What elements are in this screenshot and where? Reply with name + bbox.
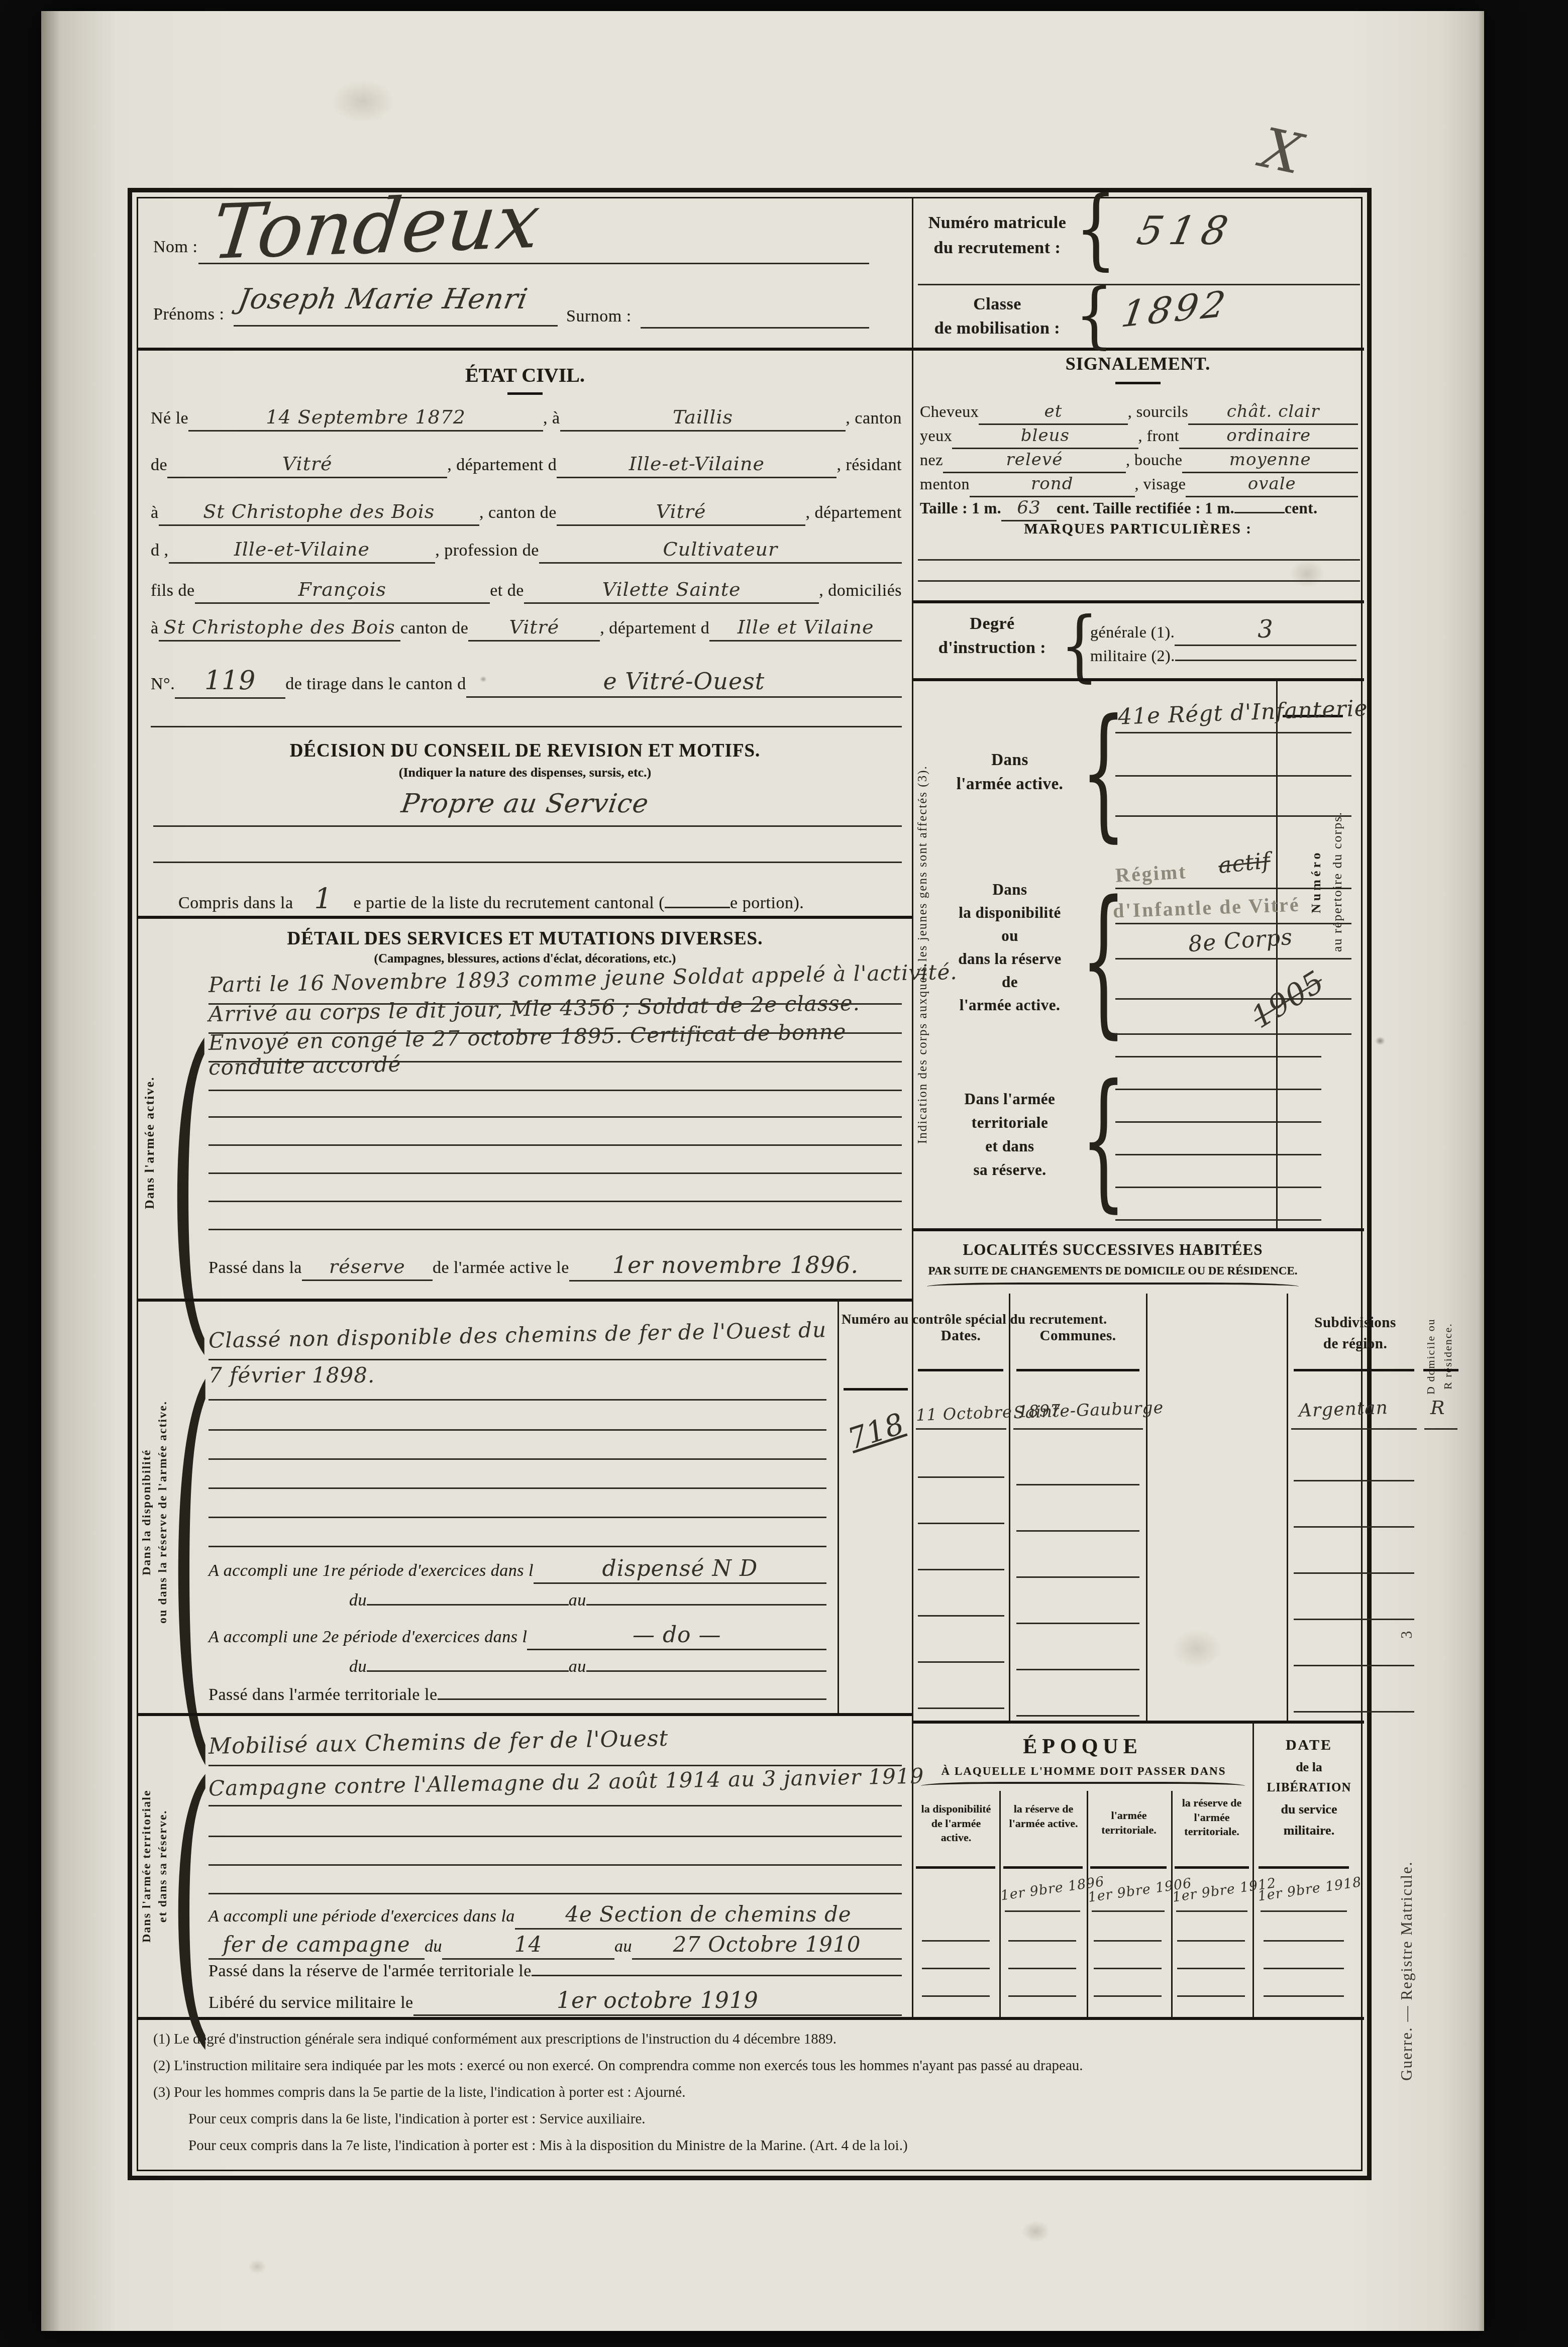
canton1-field: Vitré xyxy=(167,452,447,478)
taille-field: 63 xyxy=(1001,496,1057,521)
periode2-au-field xyxy=(586,1670,826,1672)
terr-corps-l2: territoriale xyxy=(942,1114,1078,1132)
footnotes-block: (1) Le degré d'instruction générale sera… xyxy=(153,2032,1349,2153)
epoque-dash-5 xyxy=(1259,1866,1349,1869)
footnote-3: (3) Pour les hommes compris dans la 5e p… xyxy=(153,2085,1349,2100)
tirage-canton-field: e Vitré-Ouest xyxy=(466,667,902,698)
terr-periode-field: 4e Section de chemins de xyxy=(515,1901,902,1930)
epoque-top-rule xyxy=(912,1721,1364,1724)
passe-date-field: 1er novembre 1896. xyxy=(569,1251,902,1282)
repertoire-label-2: au répertoire du corps. xyxy=(1330,701,1345,1062)
dates-header-dash xyxy=(918,1369,1003,1371)
taille-end-label: cent. xyxy=(1285,499,1317,518)
epoque-v1 xyxy=(916,1877,996,1888)
row1-underline-dates xyxy=(916,1428,1006,1430)
margin-imprint-text: Guerre. — Registre Matricule. xyxy=(1398,1861,1415,2081)
prenoms-label: Prénoms : xyxy=(153,305,224,324)
form-body: Nom : Tondeux Prénoms : Joseph Marie Hen… xyxy=(137,197,1363,2171)
degre-generale-line: générale (1). 3 xyxy=(1090,614,1356,646)
epoque-dash-3 xyxy=(1090,1866,1167,1869)
profession-field: Cultivateur xyxy=(539,538,902,564)
regiment-rule3 xyxy=(1115,958,1351,959)
periode2-du-field xyxy=(367,1670,569,1672)
taille-label: Taille : 1 m. xyxy=(920,499,1001,518)
dept3-label: , département d xyxy=(600,618,709,639)
decision-subtitle: (Indiquer la nature des dispenses, sursi… xyxy=(138,765,912,780)
passe-a: Passé dans la xyxy=(208,1257,302,1279)
terr-side-label-1: Dans l'armée territoriale xyxy=(140,1726,154,2007)
services-side-label: Dans l'armée active. xyxy=(142,982,157,1304)
dispo-corps-l2: la disponibilité xyxy=(942,904,1078,922)
mother-field: Vilette Sainte xyxy=(524,578,819,604)
dispo-corps-l3: ou xyxy=(942,927,1078,945)
yeux-field: bleus xyxy=(952,423,1138,449)
visage-field: ovale xyxy=(1186,472,1358,497)
classe-label-2: de mobilisation : xyxy=(922,319,1073,338)
canton-line: de Vitré , département d Ille-et-Vilaine… xyxy=(151,452,902,478)
dept1-field: Ille-et-Vilaine xyxy=(557,452,837,478)
sig-row-taille: Taille : 1 m. 63 cent. Taille rectifiée … xyxy=(920,496,1358,521)
terr-periode-line: A accompli une période d'exercices dans … xyxy=(208,1901,902,1930)
row1-underline-dr xyxy=(1424,1428,1457,1430)
passe-reserve-line: Passé dans la réserve de l'armée active … xyxy=(208,1251,902,1282)
bouche-field: moyenne xyxy=(1182,448,1358,473)
compris-a: Compris dans la xyxy=(178,893,293,914)
compris-line: Compris dans la 1 e partie de la liste d… xyxy=(178,882,862,918)
terr-brace: ( xyxy=(169,1726,214,2075)
domicilies-label: , domiciliés xyxy=(819,580,902,602)
corps-bottom-rule xyxy=(912,1228,1364,1231)
etat-civil-title-dash xyxy=(507,392,543,395)
sig-row-menton: menton rond , visage ovale xyxy=(920,472,1358,497)
classe-brace: { xyxy=(1075,273,1114,357)
marques-title: MARQUES PARTICULIÈRES : xyxy=(912,521,1364,538)
epoque-blanks-2 xyxy=(1008,1914,1076,1997)
form-frame: Nom : Tondeux Prénoms : Joseph Marie Hen… xyxy=(128,188,1372,2180)
epoque-col-divider-3 xyxy=(1171,1791,1173,2017)
passe-territoriale-label: Passé dans l'armée territoriale le xyxy=(208,1684,438,1706)
armee-active-label-2: l'armée active. xyxy=(942,775,1078,794)
de-label: de xyxy=(151,455,167,476)
taille-rect-label: cent. Taille rectifiée : 1 m. xyxy=(1057,499,1234,518)
periode2-dates-line: du au xyxy=(208,1656,826,1678)
regiment-rule1 xyxy=(1115,888,1351,889)
dispo-corps-l4: dans la réserve xyxy=(942,950,1078,968)
periode2-au-label: au xyxy=(569,1656,586,1678)
dispo-side-label-2: ou dans la réserve de l'armée active. xyxy=(156,1319,170,1705)
services-line4: conduite accordé xyxy=(208,1052,401,1080)
localites-blanks-communes xyxy=(1016,1439,1139,1717)
epoque-v5-underline xyxy=(1261,1910,1347,1912)
epoque-dash-1 xyxy=(916,1866,995,1869)
dept2-field: Ille-et-Vilaine xyxy=(169,538,436,564)
terr-side-label-2: et dans sa réserve. xyxy=(156,1726,170,2007)
generale-label: générale (1). xyxy=(1090,622,1175,642)
terr-periode-label: A accompli une période d'exercices dans … xyxy=(208,1906,515,1928)
compris-bottom-rule xyxy=(138,916,912,919)
date-lib-l5: militaire. xyxy=(1258,1823,1361,1838)
libere-label: Libéré du service militaire le xyxy=(208,1992,413,2014)
margin-imprint: Guerre. — Registre Matricule. xyxy=(1398,1679,1416,2081)
tirage-number-field: 119 xyxy=(175,665,285,699)
localites-title: LOCALITÉS SUCCESSIVES HABITÉES xyxy=(922,1241,1304,1259)
armee-active-blank1 xyxy=(1115,775,1351,777)
footnote-top-rule xyxy=(138,2017,1364,2020)
residence-field: St Christophe des Bois xyxy=(159,500,479,526)
epoque-dash-4 xyxy=(1175,1866,1249,1869)
decision-underline xyxy=(153,825,902,827)
controle-column-divider xyxy=(838,1299,839,1713)
marques-rule2 xyxy=(918,580,1360,582)
prenoms-underline xyxy=(234,325,558,327)
communes-header-dash xyxy=(1016,1369,1139,1371)
passe-reserve-field: réserve xyxy=(302,1255,433,1281)
libere-field: 1er octobre 1919 xyxy=(413,1987,902,2016)
terr-corps-l4: sa réserve. xyxy=(942,1161,1078,1179)
signalement-bottom-rule xyxy=(912,600,1364,603)
row1-underline-communes xyxy=(1013,1428,1143,1430)
compris-portion-field xyxy=(665,907,730,908)
epoque-subtitle: À LAQUELLE L'HOMME DOIT PASSER DANS xyxy=(918,1765,1249,1778)
periode1-au-label: au xyxy=(569,1590,586,1612)
terr-campagne-field: fer de campagne xyxy=(208,1932,425,1960)
libere-line: Libéré du service militaire le 1er octob… xyxy=(208,1987,902,2016)
periode1-dates-line: du au xyxy=(208,1590,826,1612)
compris-b: e partie de la liste du recrutement cant… xyxy=(353,893,665,914)
controle-header-dash xyxy=(844,1388,908,1391)
dispo-blank-lines xyxy=(208,1402,826,1547)
terr-du-field: 14 xyxy=(442,1932,614,1960)
periode2-du-label: du xyxy=(349,1656,367,1678)
tirage-no-label: N°. xyxy=(151,674,175,695)
epoque-v3-underline xyxy=(1092,1910,1165,1912)
visage-label: , visage xyxy=(1135,474,1186,494)
dispo-bottom-rule xyxy=(138,1713,912,1716)
canton-suffix: , canton xyxy=(846,408,902,430)
terr-line1: Mobilisé aux Chemins de fer de l'Ouest xyxy=(208,1726,669,1759)
parents-line: fils de François et de Vilette Sainte , … xyxy=(151,578,902,604)
regiment-blank1 xyxy=(1115,998,1351,1000)
cheveux-label: Cheveux xyxy=(920,401,979,421)
surnom-label: Surnom : xyxy=(566,307,632,326)
epoque-blanks-4 xyxy=(1177,1914,1245,1997)
dispo-side-label-1: Dans la disponibilité xyxy=(140,1319,154,1705)
terr-rule2 xyxy=(208,1805,902,1806)
domicile-line: à St Christophe des Bois canton de Vitré… xyxy=(151,615,902,642)
paper-sheet: X Guerre. — Registre Matricule. 3 Nom : … xyxy=(41,11,1484,2331)
terr-line2: Campagne contre l'Allemagne du 2 août 19… xyxy=(208,1764,924,1801)
father-field: François xyxy=(195,578,490,604)
prenoms-value: Joseph Marie Henri xyxy=(236,283,530,315)
decision-title: DÉCISION DU CONSEIL DE REVISION ET MOTIF… xyxy=(138,740,912,762)
epoque-col4-header: la réserve de l'armée territoriale. xyxy=(1174,1796,1249,1839)
militaire-label: militaire (2). xyxy=(1090,646,1175,666)
dept3-field: Ille et Vilaine xyxy=(709,615,902,642)
footnote-2: (2) L'instruction militaire sera indiqué… xyxy=(153,2059,1349,2073)
terr-passe-line: Passé dans la réserve de l'armée territo… xyxy=(208,1961,902,1982)
nom-value: Tondeux xyxy=(208,178,544,277)
periode1-line: A accompli une 1re période d'exercices d… xyxy=(208,1555,826,1584)
localites-blanks-subdiv xyxy=(1294,1435,1414,1713)
localites-col-divider-2 xyxy=(1146,1294,1147,1721)
et-de-label: et de xyxy=(490,580,524,602)
epoque-blanks-5 xyxy=(1264,1914,1344,1997)
signalement-title-dash xyxy=(1115,382,1161,384)
dept-profession-line: d , Ille-et-Vilaine , profession de Cult… xyxy=(151,538,902,564)
controle-header: Numéro au contrôle spécial du recrutemen… xyxy=(842,1311,912,1328)
signalement-title: SIGNALEMENT. xyxy=(912,353,1364,374)
canton2-field: Vitré xyxy=(557,500,806,526)
dispo-line2: 7 février 1898. xyxy=(208,1363,375,1388)
classe-label-1: Classe xyxy=(922,295,1073,314)
terr-au-field: 27 Octobre 1910 xyxy=(632,1932,902,1960)
corner-pencil-mark: X xyxy=(1256,116,1308,187)
epoque-blanks-3 xyxy=(1094,1914,1162,1997)
services-blank-lines xyxy=(208,1090,902,1240)
terr-au-label: au xyxy=(614,1936,632,1958)
periode1-label: A accompli une 1re période d'exercices d… xyxy=(208,1560,534,1582)
dept1-label: , département d xyxy=(447,455,557,476)
matricule-value: 518 xyxy=(1133,208,1238,254)
periode1-du-label: du xyxy=(349,1590,367,1612)
epoque-col-divider-2 xyxy=(1087,1791,1088,2017)
controle-value: 718 xyxy=(844,1406,908,1456)
nez-label: nez xyxy=(920,450,943,470)
regiment-rule2 xyxy=(1115,923,1351,924)
nom-label: Nom : xyxy=(153,238,197,257)
matricule-label-1: Numéro matricule xyxy=(922,214,1073,233)
main-column-divider xyxy=(912,198,913,2017)
terr-passe-label: Passé dans la réserve de l'armée territo… xyxy=(208,1961,532,1982)
canton-de-label: , canton de xyxy=(479,502,557,524)
residant-label: , résidant xyxy=(837,455,902,476)
compris-part-field: 1 xyxy=(293,882,353,918)
canton-de2-label: canton de xyxy=(400,618,469,639)
matricule-brace: { xyxy=(1075,179,1117,280)
degre-label-1: Degré xyxy=(927,614,1058,633)
generale-field: 3 xyxy=(1175,614,1356,646)
dr-header-dash xyxy=(1423,1369,1458,1371)
nez-field: relevé xyxy=(943,448,1126,473)
birth-date-field: 14 Septembre 1872 xyxy=(188,405,543,432)
tirage-blank-rule xyxy=(151,726,902,727)
epoque-title: ÉPOQUE xyxy=(922,1735,1243,1759)
terr-passe-field xyxy=(532,1975,902,1976)
sourcils-field: chât. clair xyxy=(1188,399,1358,425)
bouche-label: , bouche xyxy=(1126,450,1182,470)
tirage-line: N°. 119 de tirage dans le canton d e Vit… xyxy=(151,665,902,699)
footnote-1: (1) Le degré d'instruction générale sera… xyxy=(153,2032,1349,2047)
localites-blanks-dates xyxy=(918,1432,1004,1709)
terr-du-label: du xyxy=(425,1936,442,1958)
passe-territoriale-field xyxy=(438,1698,827,1700)
periode1-du-field xyxy=(367,1604,569,1606)
taille-rect-field xyxy=(1234,512,1285,513)
scanned-register-page: { "page": { "corner_mark": "X", "margin_… xyxy=(0,0,1568,2347)
header-bottom-rule xyxy=(138,348,1364,351)
passe-territoriale-line: Passé dans l'armée territoriale le xyxy=(208,1684,826,1706)
dispo-rule1 xyxy=(208,1359,826,1360)
periode2-line: A accompli une 2e période d'exercices da… xyxy=(208,1621,826,1650)
date-lib-l3: LIBÉRATION xyxy=(1258,1781,1361,1795)
localites-row-dr: R xyxy=(1430,1397,1445,1419)
etat-civil-title: ÉTAT CIVIL. xyxy=(138,363,912,387)
periode1-field: dispensé N D xyxy=(534,1555,826,1584)
terr-corps-l3: et dans xyxy=(942,1137,1078,1155)
fils-de-label: fils de xyxy=(151,580,195,602)
sig-row-yeux: yeux bleus , front ordinaire xyxy=(920,423,1358,449)
sig-row-cheveux: Cheveux et , sourcils chât. clair xyxy=(920,399,1358,425)
tirage-text: de tirage dans le canton d xyxy=(285,674,466,695)
front-label: , front xyxy=(1138,425,1180,446)
subdiv-header-dash xyxy=(1294,1369,1414,1371)
menton-field: rond xyxy=(970,472,1135,497)
matricule-label-2: du recrutement : xyxy=(922,239,1073,258)
front-field: ordinaire xyxy=(1179,423,1358,449)
degre-label-2: d'instruction : xyxy=(927,638,1058,658)
localites-col-divider-3 xyxy=(1287,1294,1288,1721)
sig-row-nez: nez relevé , bouche moyenne xyxy=(920,448,1358,473)
profession-label: , profession de xyxy=(435,540,539,562)
classe-value: 1892 xyxy=(1119,282,1231,335)
periode2-label: A accompli une 2e période d'exercices da… xyxy=(208,1627,527,1648)
localites-row-subdiv: Argentan xyxy=(1298,1398,1388,1421)
localites-flourish xyxy=(927,1283,1299,1291)
date-lib-l2: de la xyxy=(1258,1760,1361,1775)
epoque-blanks-1 xyxy=(922,1914,990,1997)
matricule-bottom-rule xyxy=(918,284,1360,285)
footnote-3b: Pour ceux compris dans la 6e liste, l'in… xyxy=(153,2112,1349,2126)
armee-active-label-1: Dans xyxy=(942,751,1078,770)
domicile-field: St Christophe des Bois xyxy=(159,615,400,642)
yeux-label: yeux xyxy=(920,425,952,446)
epoque-v2: 1er 9bre 1896 xyxy=(1000,1876,1086,1903)
a2-label: à xyxy=(151,502,159,524)
epoque-col-divider-1 xyxy=(999,1791,1001,2017)
a3-label: à xyxy=(151,618,159,639)
epoque-flourish xyxy=(921,1782,1245,1790)
footnote-3c: Pour ceux compris dans la 7e liste, l'in… xyxy=(153,2139,1349,2153)
epoque-col1-header: la disponibilité de l'armée active. xyxy=(916,1802,996,1845)
localites-subtitle: PAR SUITE DE CHANGEMENTS DE DOMICILE OU … xyxy=(922,1264,1304,1277)
epoque-col2-header: la réserve de l'armée active. xyxy=(1003,1802,1084,1831)
surnom-underline xyxy=(641,327,869,329)
armee-active-blank2 xyxy=(1115,815,1351,817)
marques-rule1 xyxy=(918,559,1360,561)
nom-underline xyxy=(198,263,869,264)
sourcils-label: , sourcils xyxy=(1128,401,1189,421)
degre-militaire-line: militaire (2). xyxy=(1090,646,1356,666)
regiment-stamp-2: d'Infantle de Vitré xyxy=(1112,893,1300,923)
terr-periode-line2: fer de campagne du 14 au 27 Octobre 1910 xyxy=(208,1932,902,1960)
birth-line: Né le 14 Septembre 1872 , à Taillis , ca… xyxy=(151,405,902,432)
a-label: , à xyxy=(543,408,560,430)
armee-active-underline xyxy=(1115,732,1351,733)
date-lib-l1: DATE xyxy=(1258,1737,1361,1754)
passe-b: de l'armée active le xyxy=(433,1257,569,1279)
corps-side-label: Indication des corps auxquels les jeunes… xyxy=(916,683,930,1226)
col-subdiv-header-2: de région. xyxy=(1289,1336,1422,1352)
cheveux-field: et xyxy=(979,399,1127,425)
birth-place-field: Taillis xyxy=(560,405,846,432)
epoque-dash-2 xyxy=(1003,1866,1083,1869)
row1-underline-subdiv xyxy=(1291,1428,1417,1430)
residence-line: à St Christophe des Bois , canton de Vit… xyxy=(151,500,902,526)
decision-value: Propre au Service xyxy=(136,789,914,819)
regiment-actif-hw: actif xyxy=(1217,848,1272,879)
compris-c: e portion). xyxy=(730,893,804,914)
services-title: DÉTAIL DES SERVICES ET MUTATIONS DIVERSE… xyxy=(138,928,912,949)
degre-bottom-rule xyxy=(912,678,1364,681)
militaire-field xyxy=(1175,660,1356,661)
dept2-label: , département xyxy=(805,502,902,524)
periode1-au-field xyxy=(586,1604,826,1606)
col-dates-header: Dates. xyxy=(914,1328,1007,1344)
col-communes-header: Communes. xyxy=(1011,1328,1144,1344)
col-subdiv-header-1: Subdivisions xyxy=(1289,1315,1422,1331)
dispo-corps-l6: l'armée active. xyxy=(942,996,1078,1014)
terr-blank-lines xyxy=(208,1808,902,1894)
dispo-line1: Classé non disponible des chemins de fer… xyxy=(208,1317,827,1352)
dispo-corps-l5: de xyxy=(942,973,1078,991)
services-bottom-rule xyxy=(138,1299,912,1302)
ne-le-label: Né le xyxy=(151,408,188,430)
epoque-v2-underline xyxy=(1005,1910,1080,1912)
d-label: d , xyxy=(151,540,169,562)
dispo-rule2 xyxy=(208,1399,826,1401)
epoque-v4-underline xyxy=(1176,1910,1247,1912)
epoque-date-divider xyxy=(1252,1721,1254,2017)
decision-blank-rule xyxy=(153,862,902,863)
canton3-field: Vitré xyxy=(468,615,600,642)
menton-label: menton xyxy=(920,474,970,494)
periode2-field: — do — xyxy=(527,1621,826,1650)
terr-corps-blank-lines xyxy=(1115,1025,1321,1221)
date-lib-l4: du service xyxy=(1258,1802,1361,1817)
dispo-corps-l1: Dans xyxy=(942,881,1078,899)
localites-col-divider-1 xyxy=(1009,1294,1010,1721)
regiment-stamp-1: Régimt xyxy=(1115,860,1188,887)
terr-corps-l1: Dans l'armée xyxy=(942,1090,1078,1108)
epoque-col3-header: l'armée territoriale. xyxy=(1090,1808,1168,1837)
